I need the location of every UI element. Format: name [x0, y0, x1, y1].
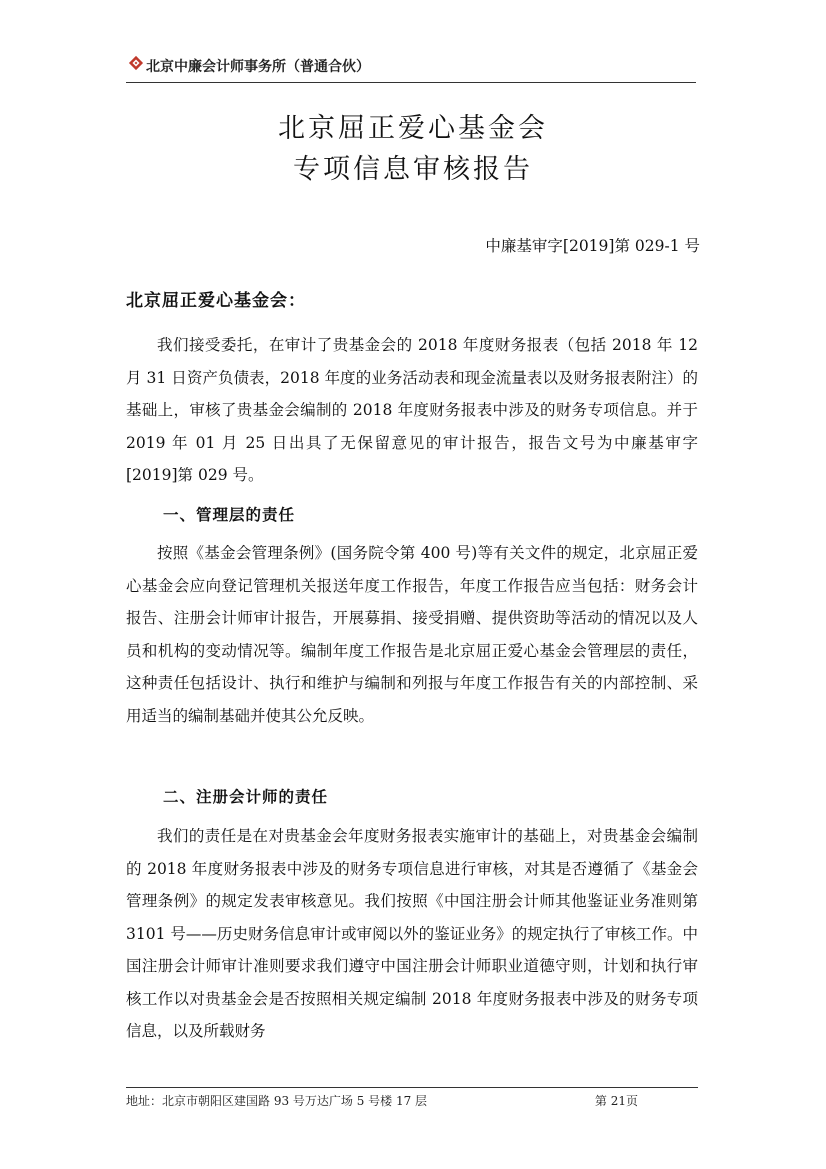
cpa-responsibility-paragraph: 我们的责任是在对贵基金会年度财务报表实施审计的基础上，对贵基金会编制的 2018…	[126, 820, 698, 1048]
report-title-line2: 专项信息审核报告	[0, 147, 826, 186]
management-responsibility-paragraph: 按照《基金会管理条例》(国务院令第 400 号)等有关文件的规定，北京屈正爱心基…	[126, 537, 698, 732]
footer-address: 地址：北京市朝阳区建国路 93 号万达广场 5 号楼 17 层	[126, 1092, 427, 1109]
firm-name: 北京中廉会计师事务所（普通合伙）	[146, 56, 370, 76]
addressee: 北京屈正爱心基金会：	[126, 286, 306, 311]
firm-logo-icon	[128, 55, 144, 71]
intro-paragraph: 我们接受委托，在审计了贵基金会的 2018 年度财务报表（包括 2018 年 1…	[126, 329, 698, 492]
document-number: 中廉基审字[2019]第 029-1 号	[485, 234, 700, 256]
report-title-line1: 北京屈正爱心基金会	[0, 106, 826, 145]
page-header: 北京中廉会计师事务所（普通合伙）	[126, 52, 696, 83]
page-number: 第 21页	[595, 1092, 638, 1109]
section-heading-cpa: 二、注册会计师的责任	[163, 785, 328, 807]
section-heading-management: 一、管理层的责任	[163, 503, 295, 525]
page-footer: 地址：北京市朝阳区建国路 93 号万达广场 5 号楼 17 层 第 21页	[126, 1087, 698, 1110]
